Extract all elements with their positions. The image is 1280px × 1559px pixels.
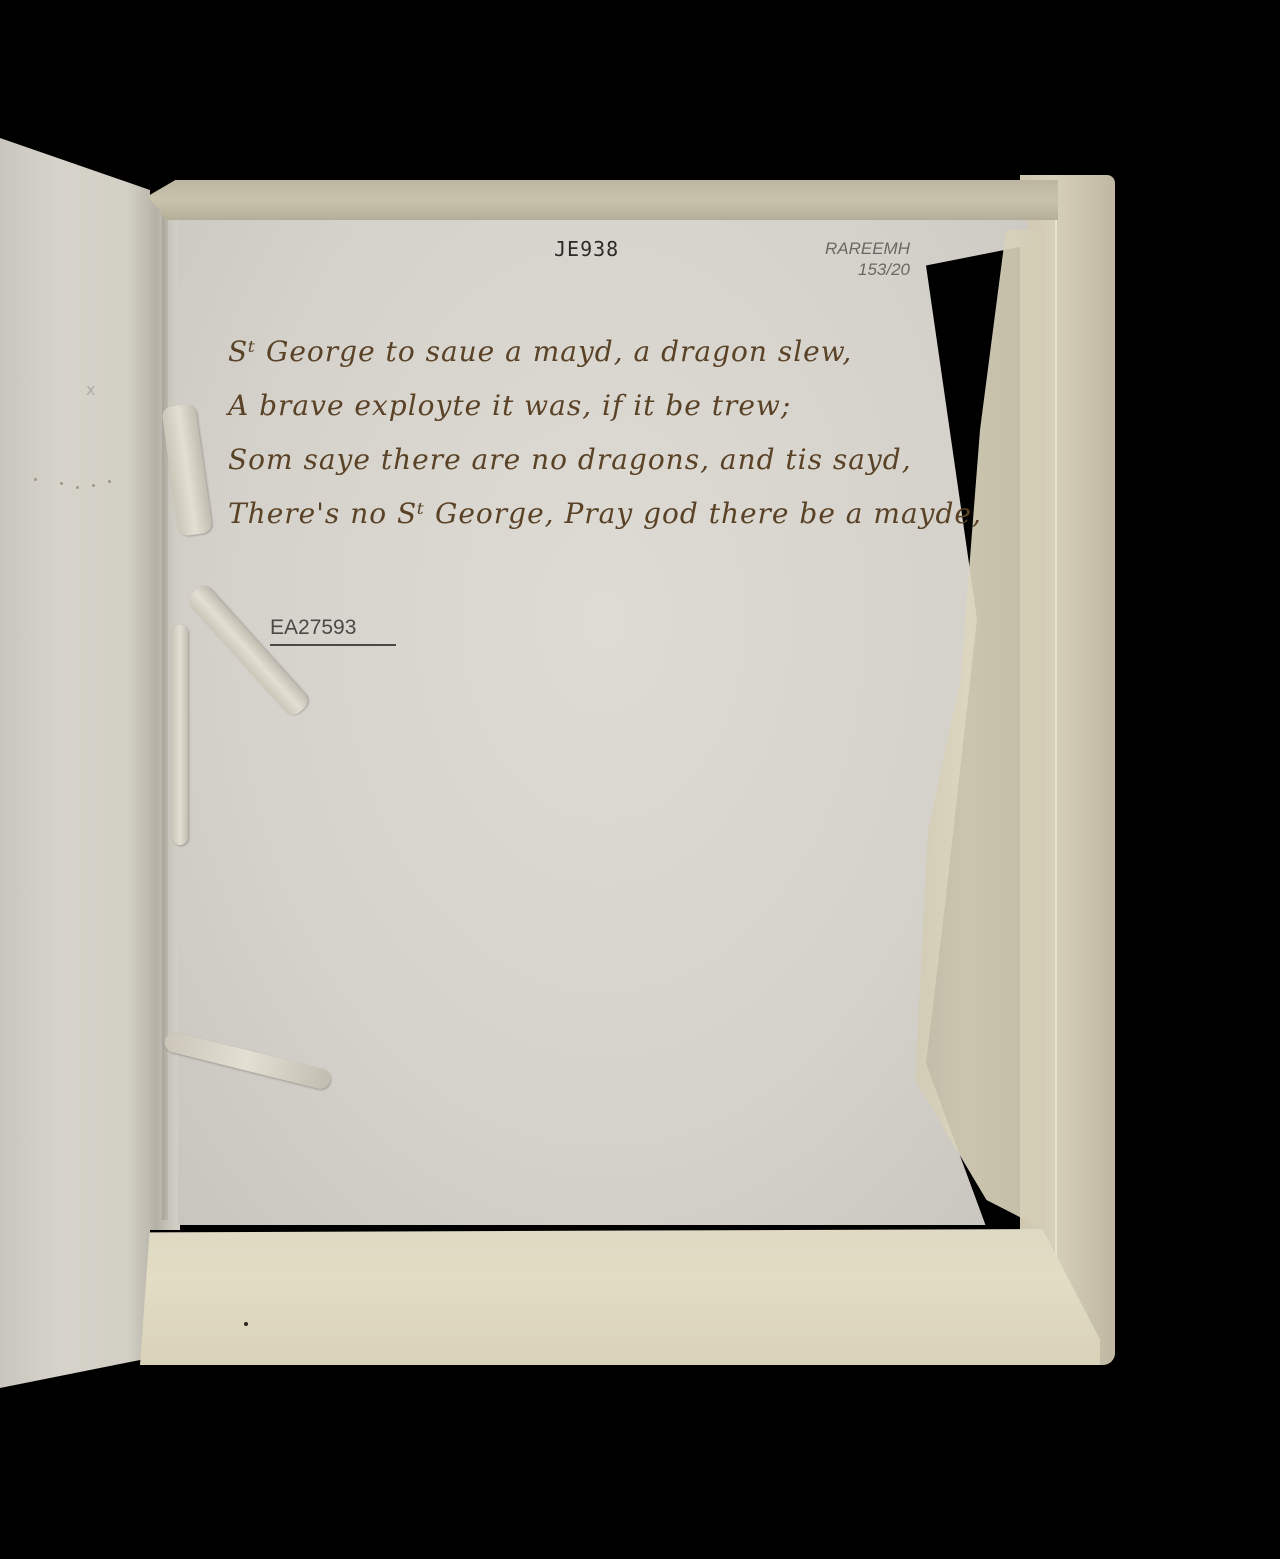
verse-line: Som saye there are no dragons, and tis s… [228, 433, 988, 487]
verse-line: There's no Sᵗ George, Pray god there be … [228, 487, 988, 541]
pencil-shelfmark: RAREEMH 153/20 [770, 238, 910, 281]
handwritten-verse: Sᵗ George to saue a mayd, a dragon slew,… [228, 325, 988, 541]
left-facing-page [0, 138, 150, 1388]
spine-fold [162, 210, 168, 1220]
top-cover-turn-in [148, 180, 1058, 220]
cover-crease [1055, 180, 1057, 1350]
shelfmark-label: JE938 [554, 237, 619, 261]
pencil-shelfmark-line1: RAREEMH [770, 238, 910, 259]
left-page-foxing-specks [30, 470, 130, 500]
sewing-thong-middle-loop [172, 625, 188, 845]
ink-speck [244, 1322, 248, 1326]
pencil-shelfmark-line2: 153/20 [770, 259, 910, 280]
verse-line: A brave exployte it was, if it be trew; [228, 379, 988, 433]
accession-number: EA27593 [270, 616, 396, 646]
verse-line: Sᵗ George to saue a mayd, a dragon slew, [228, 325, 988, 379]
left-page-faint-mark: x [86, 380, 95, 399]
